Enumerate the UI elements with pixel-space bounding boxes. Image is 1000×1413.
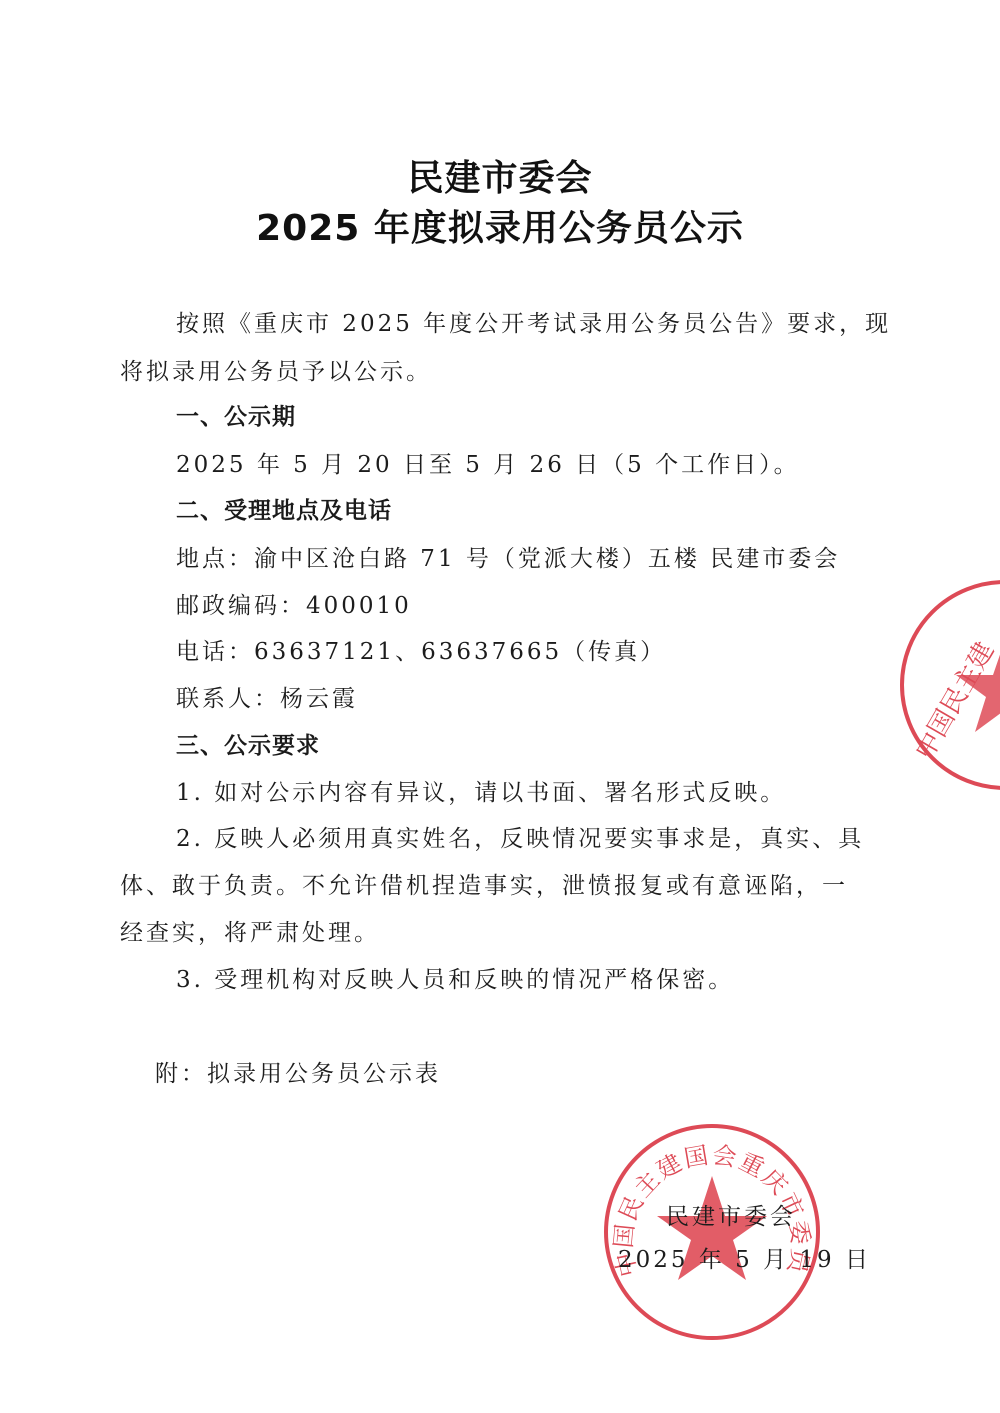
intro-line-1: 按照《重庆市 2025 年度公开考试录用公务员公告》要求，现 — [176, 305, 891, 338]
seal-star-icon: 中国民主建 — [900, 580, 1000, 790]
seal-star-icon: 中国民主建国会重庆市委员会 — [604, 1124, 820, 1340]
contact-person: 联系人：杨云霞 — [176, 680, 358, 713]
contact-address: 地点：渝中区沧白路 71 号（党派大楼）五楼 民建市委会 — [176, 540, 840, 573]
section-heading-requirements: 三、公示要求 — [176, 727, 320, 760]
section-heading-publicity-period: 一、公示期 — [176, 398, 296, 431]
requirement-2-line-2: 体、敢于负责。不允许借机捏造事实，泄愤报复或有意诬陷，一 — [120, 867, 848, 900]
section-heading-contact: 二、受理地点及电话 — [176, 492, 392, 525]
official-seal: 中国民主建国会重庆市委员会 — [604, 1124, 820, 1340]
document-title-line1: 民建市委会 — [0, 150, 1000, 201]
publicity-period-dates: 2025 年 5 月 20 日至 5 月 26 日（5 个工作日）。 — [176, 446, 800, 479]
requirement-1: 1. 如对公示内容有异议，请以书面、署名形式反映。 — [176, 774, 786, 807]
attachment-note: 附：拟录用公务员公示表 — [155, 1055, 441, 1088]
signature-date: 2025 年 5 月 19 日 — [618, 1241, 871, 1274]
signature-org: 民建市委会 — [666, 1198, 796, 1231]
document-title-line2: 2025 年度拟录用公务员公示 — [0, 200, 1000, 251]
requirement-3: 3. 受理机构对反映人员和反映的情况严格保密。 — [176, 961, 734, 994]
requirement-2-line-3: 经查实，将严肃处理。 — [120, 914, 380, 947]
official-seal-partial: 中国民主建 — [900, 580, 1000, 790]
intro-line-2: 将拟录用公务员予以公示。 — [120, 353, 432, 386]
requirement-2-line-1: 2. 反映人必须用真实姓名，反映情况要实事求是，真实、具 — [176, 820, 864, 853]
contact-postcode: 邮政编码：400010 — [176, 587, 412, 620]
contact-phone: 电话：63637121、63637665（传真） — [176, 633, 666, 666]
